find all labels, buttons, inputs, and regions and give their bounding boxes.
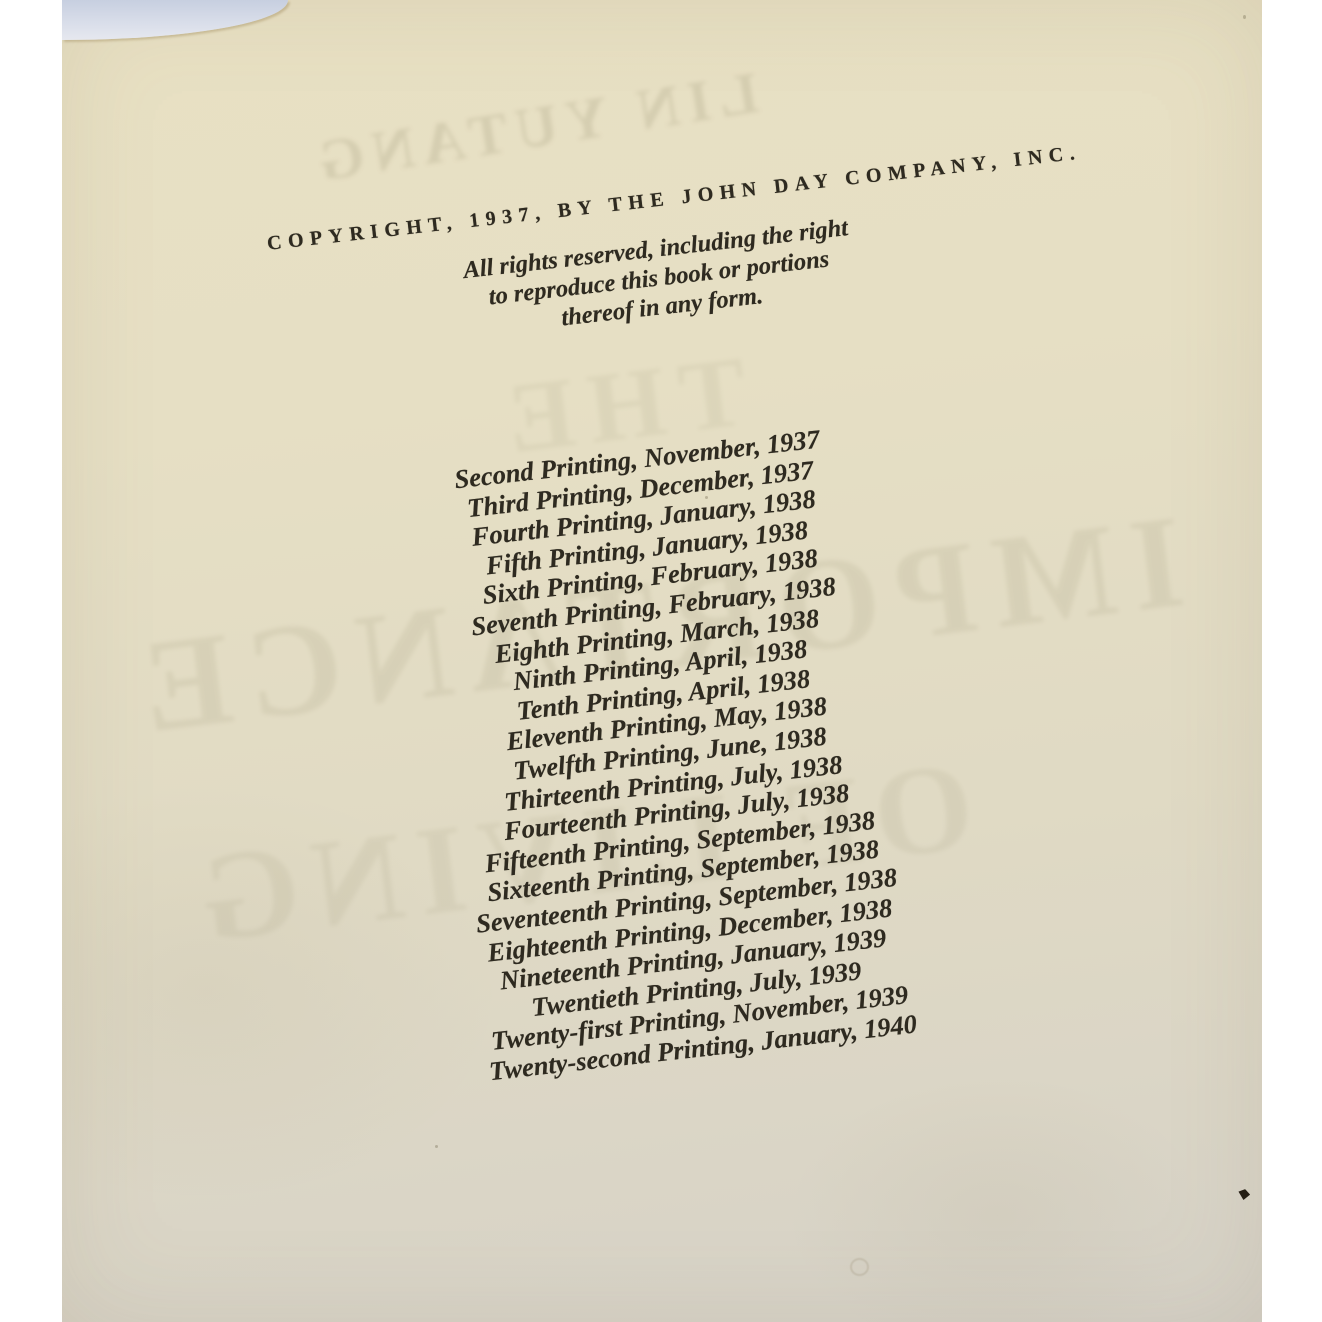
book-photo: LIN YUTANG THE IMPORTANCE OF LIVING COPY… (0, 0, 1322, 1322)
dust-speck (1243, 15, 1246, 19)
page-corner-highlight (62, 0, 288, 40)
dust-speck (705, 496, 708, 499)
dust-speck (435, 1145, 438, 1148)
printings-list: Second Printing, November, 1937 Third Pr… (64, 381, 1276, 1127)
rights-line: to reproduce this book or portions (86, 199, 1232, 356)
foxing-mark (850, 1258, 869, 1276)
copyright-page-content: COPYRIGHT, 1937, BY THE JOHN DAY COMPANY… (34, 113, 1276, 1127)
